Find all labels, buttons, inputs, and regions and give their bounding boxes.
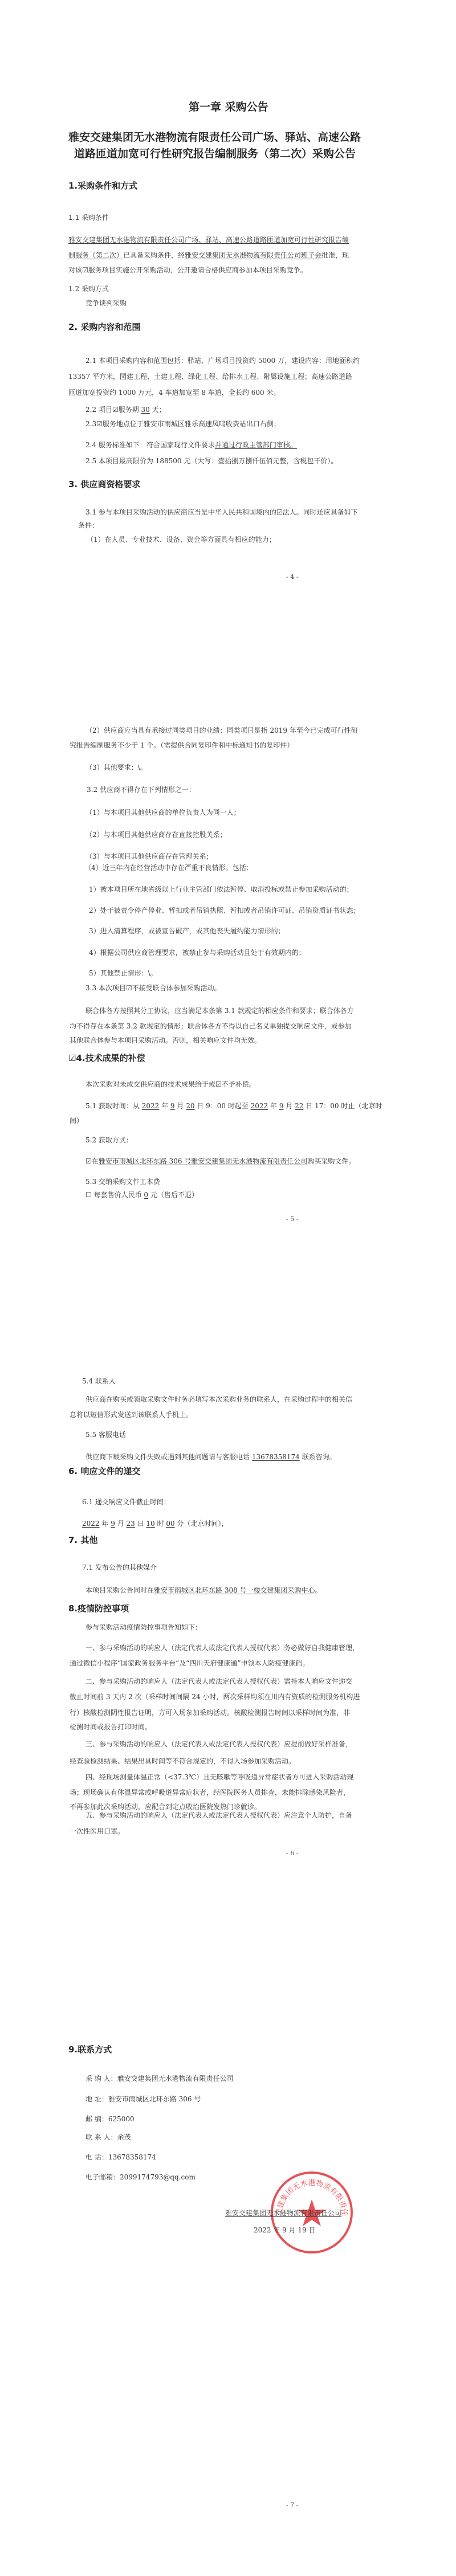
page-number: - 7 - [286,2501,298,2509]
section5-5: 5.5 客服电话 [85,1430,126,1439]
epidemic-item1-line2: 通过微信小程序“国家政务服务平台”及“四川天府健康通”申领本人防疫健康码。 [70,1659,310,1668]
section8-heading: 8.疫情防控事项 [68,1604,129,1613]
section2-2: 2.2 项目☑服务期 30 天； [85,405,166,414]
address: 地 址：雅安市雨城区北环东路 306 号 [85,2095,201,2104]
section1-1-heading: 1.1 采购条件 [68,213,109,222]
section2-1-line3: 匝道加宽投资约 1000 万元，4 车道加宽至 8 车道，全长约 600 米。 [68,388,280,397]
checkbox-checked-icon: ☑在 [85,1157,99,1165]
section6-heading: 6. 响应文件的递交 [68,1467,140,1476]
epidemic-item3-line2: 经查验检测结果、结果出具时间等不符合规定的，不得入场参加采购活动。 [70,1757,295,1766]
epidemic-item4-line3: 不再参加此次采购活动，应配合到定点收治医院发热门诊就诊。 [70,1802,261,1811]
chapter-heading: 第一章 采购公告 [189,103,268,112]
section3-1-line1: 3.1 参与本项目采购活动的供应商应当是中华人民共和国境内的☑法人。同时还应具备… [85,508,358,517]
page-number: - 6 - [286,1850,298,1857]
section5-4: 5.4 联系人 [82,1377,116,1386]
page-number: - 5 - [286,1215,298,1223]
section6-1: 6.1 递交响应文件截止时间： [82,1497,170,1507]
epidemic-item3-line1: 三、参与采购活动的响应人（法定代表人或法定代表人授权代表）应提前做好采样准备， [85,1740,352,1749]
section1-heading: 1.采购条件和方式 [68,181,137,190]
section1-1-para-line1: 雅安交建集团无水港物流有限责任公司广场、驿站、高速公路道路匝道加宽可行性研究报告… [68,235,349,244]
section7-heading: 7. 其他 [68,1536,97,1545]
section3-1-line2: 条件： [78,521,99,530]
bad-record-2: 2）处于被责令停产停业、暂扣或者吊销执照、暂扣或者吊销许可证、吊销资质证书状态； [89,906,360,915]
epidemic-item2-line3: 行）核酸检测阴性报告证明，方可入场参加采购活动。核酸检测报告时间以采样时间为准，… [70,1708,350,1717]
section5-4-line2: 息将以短信形式发送到该联系人手机上。 [70,1410,193,1419]
epidemic-item4-line2: 场；现场确认有体温异常或呼吸道异常症状者，经医院医务人员排查，未能排除感染风险者… [70,1788,350,1797]
condition-1: （1）在人员、专业技术、设备、资金等方面具有相应的能力； [87,535,276,544]
section5-2: 5.2 获取方式： [85,1136,133,1145]
acquisition-option: ☑在雅安市雨城区北环东路 306 号雅安交建集团无水港物流有限责任公司购买采购文… [85,1157,355,1166]
section2-3: 2.3☑服务地点位于雅安市雨城区雅乐高速凤鸣收费站出口右侧； [85,419,280,428]
bad-record-1: 1）被本项目所在地省级以上行业主管部门依法暂停、取消投标或禁止参加采购活动的； [89,885,353,894]
joint-venture-line2: 均不得存在本条第 3.2 款规定的情形；联合体各方不得以自己名义单独提交响应文件… [70,1022,352,1031]
epidemic-item5-line1: 五、参与采购活动的响应人（法定代表人或法定代表人授权代表）应注意个人防护，自备 [85,1811,352,1820]
condition-2-line1: （2）供应商应当具有承接过同类项目的业绩：同类项目是指 2019 年至今已完成可… [85,726,358,735]
section2-5: 2.5 本项目最高限价为 188500 元（大写：壹拾捌万捌仟伍佰元整，含税包干… [85,456,337,466]
section3-2: 3.2 供应商不得存在下列情形之一： [87,785,196,794]
exclusion-3: （3）与本项目其他供应商存在管理关系； [85,852,213,861]
bad-record-4: 4）根据公司供应商管理要求，被禁止参与采购活动且处于有效期内的； [89,948,306,957]
submission-deadline: 2022 年 9 月 23 日 10 时 00 分（北京时间）， [82,1519,228,1528]
section7-1: 7.1 发布公告的其他媒介 [82,1563,157,1572]
epidemic-item2-line1: 二、参与采购活动的响应人（法定代表人或法定代表人授权代表）需持本人响应文件递交 [85,1677,352,1686]
section2-heading: 2. 采购内容和范围 [68,322,140,332]
page-number: - 4 - [286,573,298,581]
service-phone: 13678358174 [252,1453,300,1461]
section7-1-text: 本项目采购公告同时在雅安市雨城区北环东路 308 号一楼交建集团采购中心。 [85,1586,322,1595]
epidemic-item5-line2: 一次性医用口罩。 [70,1827,124,1836]
section5-1-line2: 间） [70,1116,83,1125]
epidemic-item4-line1: 四、经现场测量体温正常（<37.3℃）且无咳嗽等呼吸道异常症状者方可进入采购活动… [85,1773,353,1782]
epidemic-item1-line1: 一、参与采购活动的响应人（法定代表人或法定代表人授权代表）务必做好自我健康管理， [85,1643,359,1652]
epidemic-item2-line4: 检测时间或报告打印时间。 [70,1722,152,1732]
section8-intro: 参与采购活动疫情防控事项告知如下： [85,1623,202,1632]
section5-4-line1: 供应商在购买或领取采购文件时务必填写本次采购业务的联系人，在采购过程中的相关信 [85,1395,352,1404]
section1-2-heading: 1.2 采购方式 [68,284,109,293]
checkbox-empty-icon: ☐ 每套售价人民币 [85,1191,144,1199]
section2-1-line1: 2.1 本项目采购内容和范围包括：驿站、广场项目投资约 5000 万，建设内容：… [85,356,360,365]
section5-5-text: 供应商下载采购文件失败或遇到其他问题请与客服电话 13678358174 联系咨… [85,1452,336,1461]
postcode: 邮 编：625000 [85,2114,135,2124]
section4-text: 本次采购对未成交供应商的技术成果给于或☑不予补偿。 [85,1080,256,1089]
exclusion-1: （1）与本项目其他供应商的单位负责人为同一人； [85,808,241,817]
bad-record-3: 3）进入清算程序，或被宣告破产，或其他丧失履约能力情形的； [89,926,285,936]
contact-person: 联 系 人：余茂 [85,2133,131,2142]
section1-1-para-line3: 对该☑服务项目实施公开采购活动，公开邀请合格供应商参加本项目采购竞争。 [68,266,307,275]
epidemic-item2-line2: 截止时间前 3 天内 2 次（采样时间间隔 24 小时，两次采样均须在川内有资质… [70,1692,360,1701]
section9-heading: 9.联系方式 [68,2045,112,2054]
section3-heading: 3. 供应商资格要求 [68,480,140,489]
email: 电子邮箱：2099174793@qq.com [85,2173,196,2182]
document-title-line2: 道路匝道加宽可行性研究报告编制服务（第二次）采购公告 [74,149,356,158]
joint-venture-line1: 联合体各方按照其分工协议，应当满足本条第 3.1 款规定的相应条件和要求；联合体… [85,1006,354,1015]
section3-3: 3.3 本次项目☑不接受联合体参加采购活动。 [85,983,221,993]
section5-1-line1: 5.1 获取时间：从 2022 年 9 月 20 日 9：00 时起至 2022… [85,1101,382,1111]
condition-2-line2: 究报告编制服务不少于 1 个。（需提供合同复印件和中标通知书的复印件） [70,741,294,750]
section2-4: 2.4 服务标准如下：符合国家现行文件要求并通过行政主管部门审核。 [85,440,297,450]
bad-record-5: 5）其他禁止情形：\。 [89,969,157,978]
section5-3: 5.3 交纳采购文件工本费 [85,1177,160,1186]
signature-company: 雅安交建集团无水港物流有限责任公司 [225,2208,341,2218]
signature-date: 2022 年 9 月 19 日 [254,2226,316,2235]
section4-heading: ☑4.技术成果的补偿 [68,1054,145,1063]
fee-option: ☐ 每套售价人民币 0 元（售后不退） [85,1190,198,1199]
joint-venture-line3: 其他联合体参与本项目采购活动。否则，相关响应文件均无效。 [70,1036,261,1045]
condition-3: （3）其他要求：\。 [85,763,147,772]
procurement-method: 竞争谈判采购 [85,299,127,308]
section2-1-line2: 13357 平方米，园建工程、土建工程、绿化工程、给排水工程、附属设施工程；高速… [68,372,352,381]
phone: 电 话：13678358174 [85,2153,156,2162]
exclusion-4: （4）近三年内在经营活动中存在严重不良情形。包括： [84,863,253,872]
section1-1-para-line2: 制服务（第二次）已具备采购条件，经雅安交建集团无水港物流有限责任公司班子会批准，… [68,251,349,260]
exclusion-2: （2）与本项目其他供应商存在直接控股关系； [85,830,227,839]
document-title-line1: 雅安交建集团无水港物流有限责任公司广场、驿站、高速公路 [68,133,361,142]
purchaser: 采 购 人：雅安交建集团无水港物流有限责任公司 [85,2074,234,2083]
